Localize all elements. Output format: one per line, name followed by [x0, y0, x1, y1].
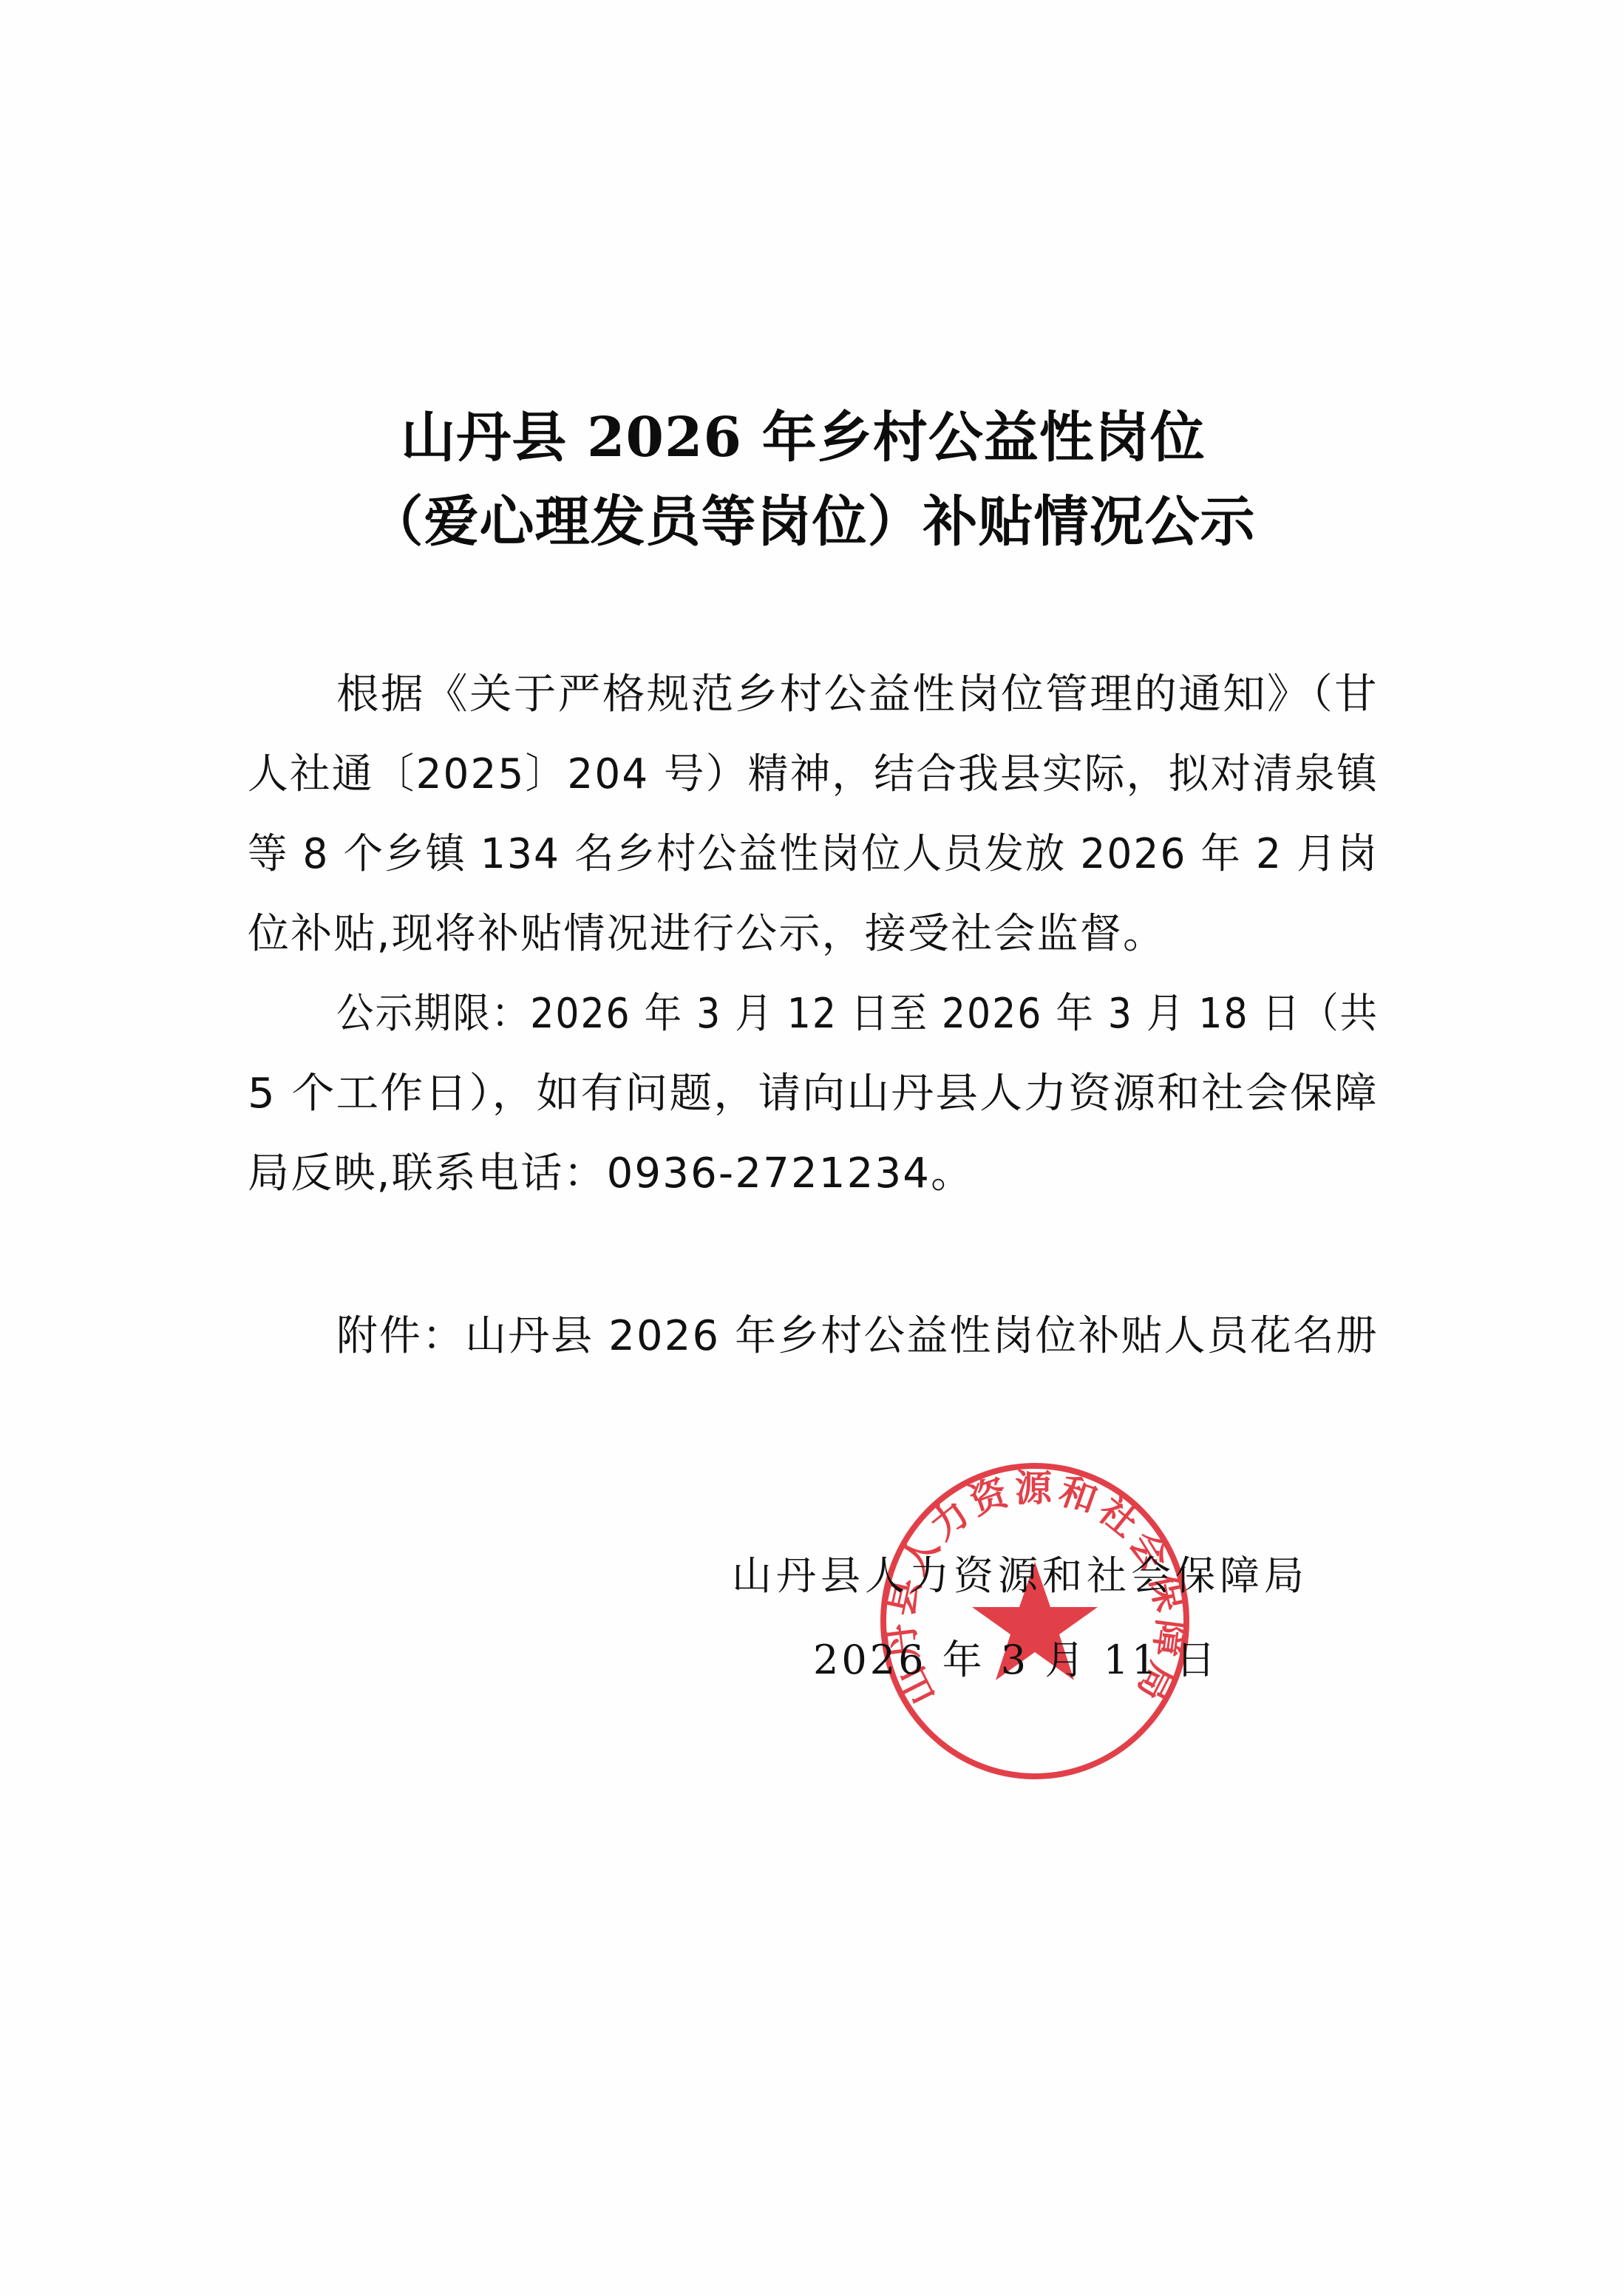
paragraph-2-line-1: 公示期限：2026 年 3 月 12 日至 2026 年 3 月 18 日（共: [336, 988, 1379, 1041]
paragraph-1-line-4: 位补贴,现将补贴情况进行公示，接受社会监督。: [248, 908, 1166, 961]
official-seal-stamp: 山丹县人力资源和社会保障局: [878, 1462, 1192, 1780]
seal-icon: 山丹县人力资源和社会保障局: [878, 1462, 1192, 1780]
signature-date: 2026 年 3 月 11 日: [813, 1637, 1218, 1684]
document-title-line-1: 山丹县 2026 年乡村公益性岗位: [0, 396, 1615, 479]
document-title-line-2: （爱心理发员等岗位）补贴情况公示: [0, 480, 1624, 563]
paragraph-2-line-3: 局反映,联系电话：0936-2721234。: [248, 1147, 974, 1200]
paragraph-1-line-2: 人社通〔2025〕204 号）精神，结合我县实际，拟对清泉镇: [248, 748, 1379, 801]
attachment-line: 附件：山丹县 2026 年乡村公益性岗位补贴人员花名册: [336, 1310, 1379, 1363]
document-page: 山丹县 2026 年乡村公益性岗位 （爱心理发员等岗位）补贴情况公示 根据《关于…: [0, 0, 1624, 2296]
paragraph-2-line-2: 5 个工作日），如有问题，请向山丹县人力资源和社会保障: [248, 1067, 1379, 1121]
paragraph-1-line-1: 根据《关于严格规范乡村公益性岗位管理的通知》（甘: [336, 668, 1379, 721]
signature-organization: 山丹县人力资源和社会保障局: [732, 1552, 1308, 1600]
paragraph-1-line-3: 等 8 个乡镇 134 名乡村公益性岗位人员发放 2026 年 2 月岗: [248, 828, 1379, 881]
